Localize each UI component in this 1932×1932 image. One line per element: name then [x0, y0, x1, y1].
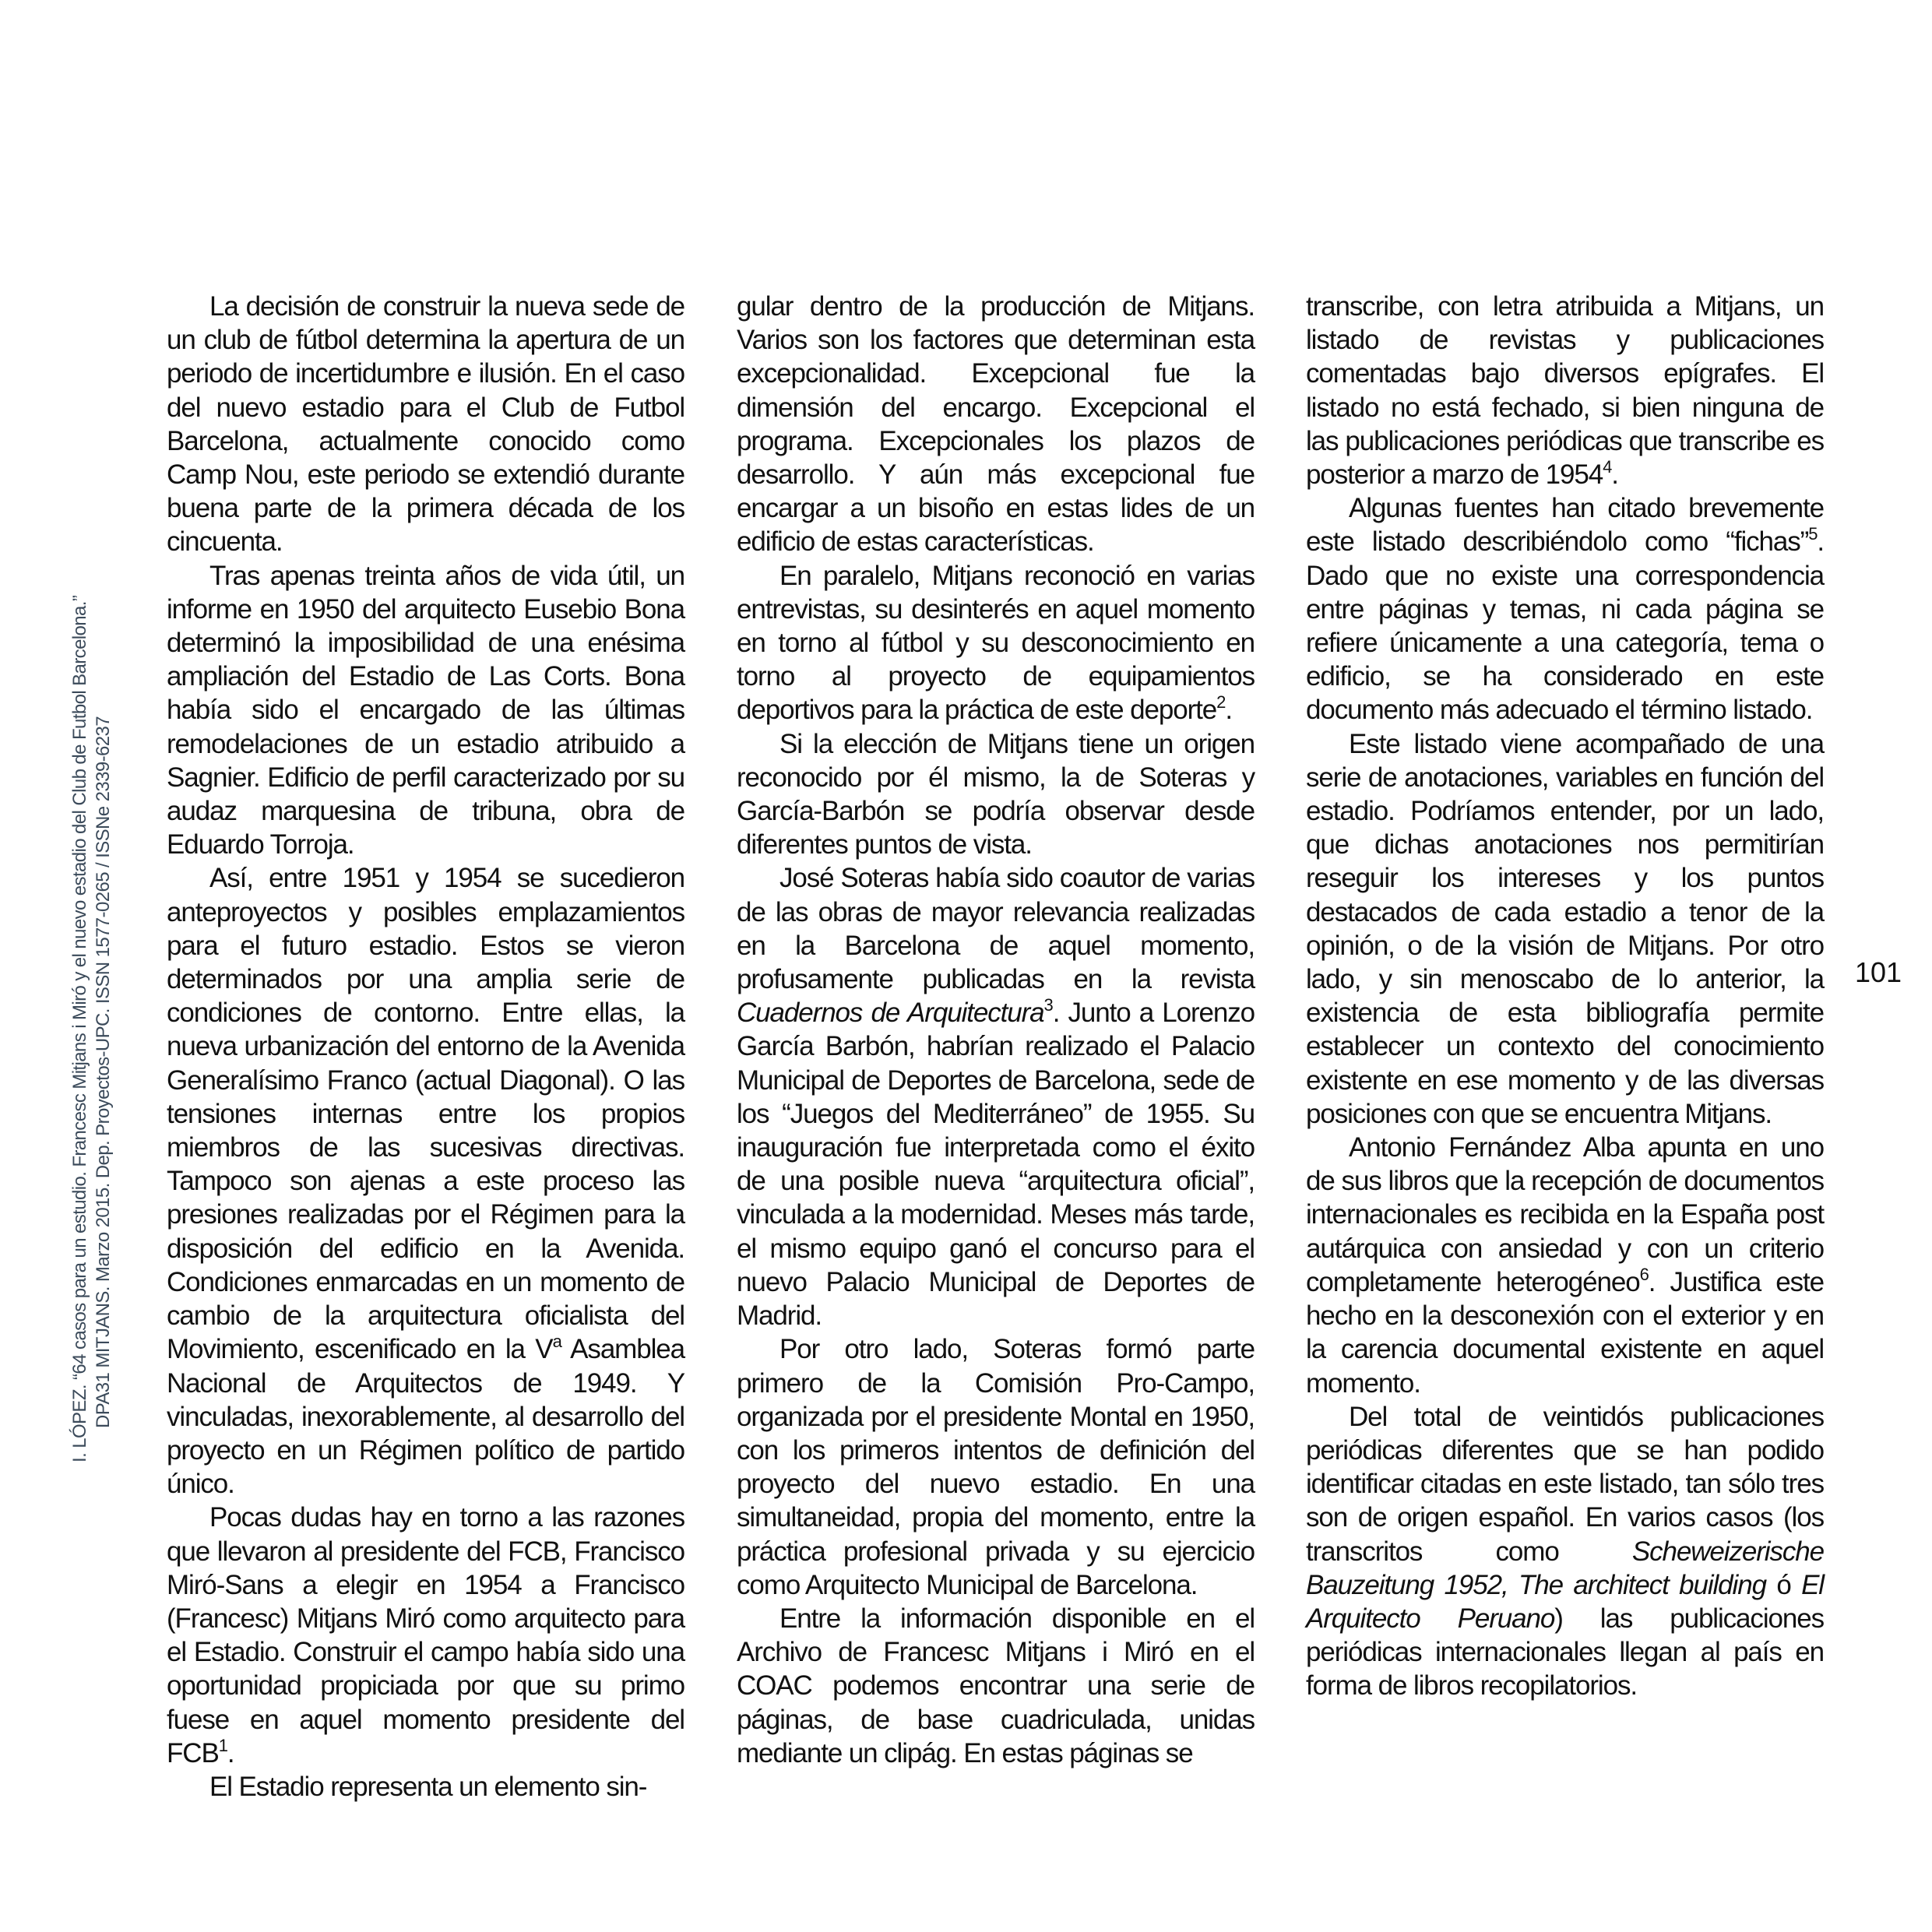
citation-line-2: DPA31 MITJANS. Marzo 2015. Dep. Proyecto…	[92, 216, 115, 1462]
text-column-2: gular dentro de la producción de Mitjans…	[737, 290, 1255, 1770]
body-paragraph: Así, entre 1951 y 1954 se sucedieron ant…	[167, 861, 684, 1501]
body-paragraph: Del total de veintidós publicaciones per…	[1306, 1400, 1824, 1703]
publication-title: Cuadernos de Arquitectura	[737, 998, 1044, 1028]
paragraph-text: Pocas dudas hay en torno a las razones q…	[167, 1502, 684, 1768]
paragraph-text: En paralelo, Mitjans reconoció en varias…	[737, 561, 1255, 726]
paragraph-text: La decisión de construir la nueva sede d…	[167, 291, 684, 557]
body-paragraph: Este listado viene acompañado de una ser…	[1306, 727, 1824, 1131]
footnote-reference: 5	[1808, 524, 1817, 544]
paragraph-text: Así, entre 1951 y 1954 se sucedieron ant…	[167, 863, 684, 1364]
body-paragraph: Si la elección de Mitjans tiene un orige…	[737, 727, 1255, 862]
text-column-1: La decisión de construir la nueva sede d…	[167, 290, 684, 1804]
body-paragraph: José Soteras había sido coautor de varia…	[737, 861, 1255, 1332]
body-paragraph: gular dentro de la producción de Mitjans…	[737, 290, 1255, 559]
body-paragraph: La decisión de construir la nueva sede d…	[167, 290, 684, 559]
paragraph-text: gular dentro de la producción de Mitjans…	[737, 291, 1255, 557]
footnote-reference: 4	[1603, 457, 1611, 477]
body-paragraph: transcribe, con letra atribuida a Mitjan…	[1306, 290, 1824, 491]
footnote-reference: a	[553, 1332, 561, 1351]
footnote-reference: 3	[1044, 995, 1053, 1015]
footnote-reference: 1	[219, 1736, 227, 1755]
body-paragraph: Entre la información disponible en el Ar…	[737, 1602, 1255, 1770]
running-header-citation: I. LÓPEZ. “64 casos para un estudio. Fra…	[69, 216, 115, 1462]
page-number: 101	[1855, 956, 1902, 989]
paragraph-text: Por otro lado, Soteras formó parte prime…	[737, 1334, 1255, 1599]
body-paragraph: El Estadio representa un elemento sin-	[167, 1770, 684, 1804]
paragraph-text: ó	[1766, 1570, 1801, 1600]
body-paragraph: En paralelo, Mitjans reconoció en varias…	[737, 559, 1255, 727]
paragraph-text: transcribe, con letra atribuida a Mitjan…	[1306, 291, 1824, 490]
paragraph-text: Algunas fuentes han citado brevemente es…	[1306, 493, 1824, 557]
citation-line-1: I. LÓPEZ. “64 casos para un estudio. Fra…	[69, 596, 90, 1462]
body-paragraph: Pocas dudas hay en torno a las razones q…	[167, 1501, 684, 1770]
text-column-3: transcribe, con letra atribuida a Mitjan…	[1306, 290, 1824, 1703]
paragraph-text: Entre la información disponible en el Ar…	[737, 1603, 1255, 1768]
paragraph-text: .	[1225, 695, 1232, 725]
paragraph-text: .	[1611, 459, 1618, 490]
footnote-reference: 6	[1640, 1265, 1649, 1284]
paragraph-text: El Estadio representa un elemento sin-	[209, 1772, 646, 1802]
paragraph-text: Tras apenas treinta años de vida útil, u…	[167, 561, 684, 860]
paragraph-text: José Soteras había sido coautor de varia…	[737, 863, 1255, 994]
body-paragraph: Algunas fuentes han citado brevemente es…	[1306, 491, 1824, 727]
paragraph-text: . Junto a Lorenzo García Barbón, habrían…	[737, 998, 1255, 1331]
body-paragraph: Antonio Fernández Alba apunta en uno de …	[1306, 1131, 1824, 1400]
paragraph-text: .	[227, 1738, 234, 1768]
paragraph-text: Este listado viene acompañado de una ser…	[1306, 729, 1824, 1129]
body-paragraph: Por otro lado, Soteras formó parte prime…	[737, 1332, 1255, 1602]
footnote-reference: 2	[1216, 692, 1225, 712]
paragraph-text: Si la elección de Mitjans tiene un orige…	[737, 729, 1255, 860]
body-paragraph: Tras apenas treinta años de vida útil, u…	[167, 559, 684, 862]
